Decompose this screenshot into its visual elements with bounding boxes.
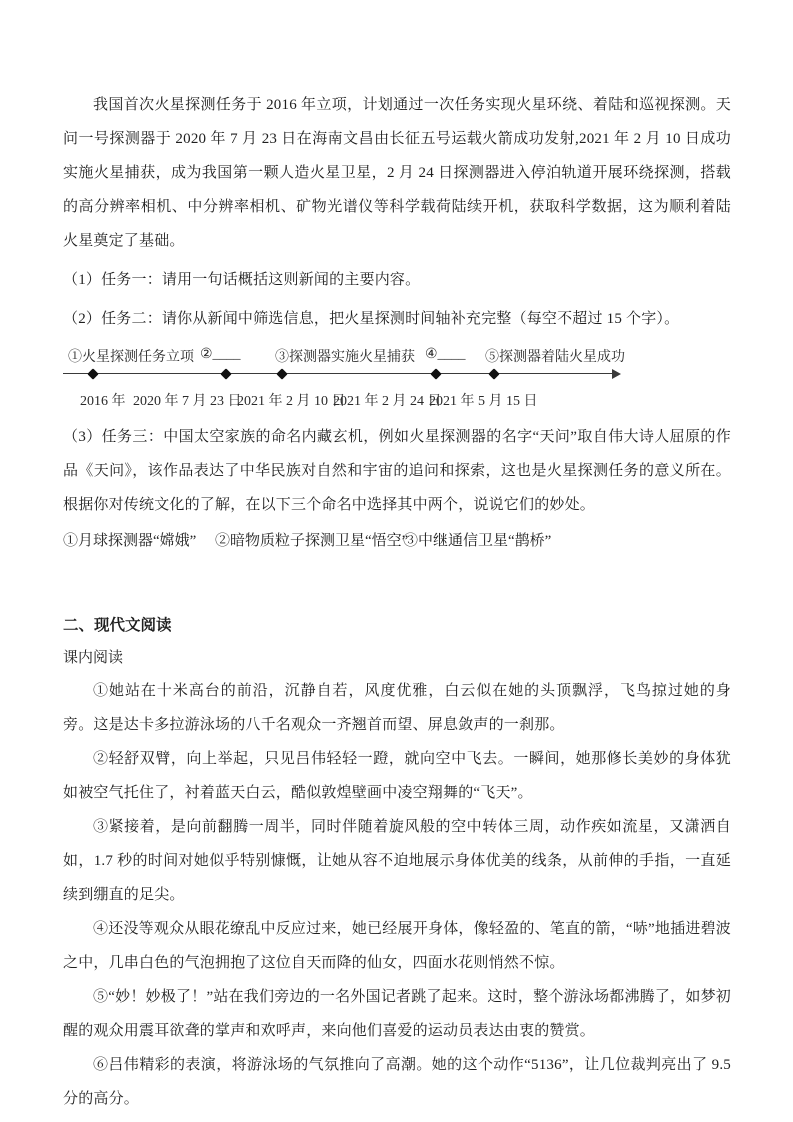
timeline-label-3: ③探测器实施火星捕获 [275, 346, 415, 366]
timeline-date-3: 2021 年 2 月 10 日 [237, 390, 346, 410]
task2-line: （2）任务二：请你从新闻中筛选信息，把火星探测时间轴补充完整（每空不超过 15 … [63, 302, 731, 336]
timeline-date-5: 2021 年 5 月 15 日 [429, 390, 538, 410]
reading-paragraph-5: ⑤“妙！妙极了！”站在我们旁边的一名外国记者跳了起来。这时，整个游泳场都沸腾了，… [63, 980, 731, 1048]
document-page: 我国首次火星探测任务于 2016 年立项，计划通过一次任务实现火星环绕、着陆和巡… [0, 0, 793, 1122]
timeline-label-2-blank: ②____ [200, 346, 241, 363]
reading-paragraph-4: ④还没等观众从眼花缭乱中反应过来，她已经展开身体，像轻盈的、笔直的箭，“哧”地插… [63, 912, 731, 980]
timeline-date-2: 2020 年 7 月 23 日 [133, 390, 242, 410]
task1-line: （1）任务一：请用一句话概括这则新闻的主要内容。 [63, 263, 731, 297]
timeline-marker-1 [87, 368, 98, 379]
reading-paragraph-1: ①她站在十米高台的前沿，沉静自若，风度优雅，白云似在她的头顶飘浮，飞鸟掠过她的身… [63, 674, 731, 742]
reading-paragraph-2: ②轻舒双臂，向上举起，只见吕伟轻轻一蹬，就向空中飞去。一瞬间，她那修长美妙的身体… [63, 742, 731, 810]
timeline-marker-4 [430, 368, 441, 379]
reading-paragraph-3: ③紧接着，是向前翻腾一周半，同时伴随着旋风般的空中转体三周，动作疾如流星，又潇洒… [63, 810, 731, 912]
timeline-marker-2 [220, 368, 231, 379]
timeline-marker-3 [276, 368, 287, 379]
timeline-axis-line [63, 373, 615, 374]
naming-option-wukong: ②暗物质粒子探测卫星“悟空” [215, 524, 408, 558]
section-gap [63, 558, 731, 610]
mars-timeline-diagram: ①火星探测任务立项 ②____ ③探测器实施火星捕获 ④____ ⑤探测器着陆火… [63, 346, 731, 414]
timeline-label-4-blank: ④____ [425, 346, 466, 363]
timeline-date-1: 2016 年 [80, 390, 126, 410]
timeline-dates-row: 2016 年 2020 年 7 月 23 日 2021 年 2 月 10 日 2… [63, 390, 731, 412]
timeline-date-4: 2021 年 2 月 24 日 [333, 390, 442, 410]
timeline-label-1: ①火星探测任务立项 [68, 346, 194, 366]
timeline-label-5: ⑤探测器着陆火星成功 [485, 346, 625, 366]
task3-line: （3）任务三：中国太空家族的命名内藏玄机，例如火星探测器的名字“天问”取自伟大诗… [63, 420, 731, 522]
timeline-arrowhead-icon [612, 369, 621, 379]
timeline-marker-5 [488, 368, 499, 379]
news-intro-paragraph: 我国首次火星探测任务于 2016 年立项，计划通过一次任务实现火星环绕、着陆和巡… [63, 88, 731, 258]
naming-option-change: ①月球探测器“嫦娥” [63, 524, 196, 558]
subheading-in-class-reading: 课内阅读 [63, 642, 731, 674]
section-heading-modern-reading: 二、现代文阅读 [63, 610, 731, 642]
naming-option-queqiao: ③中继通信卫星“鹊桥” [403, 524, 551, 558]
reading-paragraph-6: ⑥吕伟精彩的表演，将游泳场的气氛推向了高潮。她的这个动作“5136”，让几位裁判… [63, 1048, 731, 1116]
naming-options-row: ①月球探测器“嫦娥” ②暗物质粒子探测卫星“悟空” ③中继通信卫星“鹊桥” [63, 524, 731, 558]
